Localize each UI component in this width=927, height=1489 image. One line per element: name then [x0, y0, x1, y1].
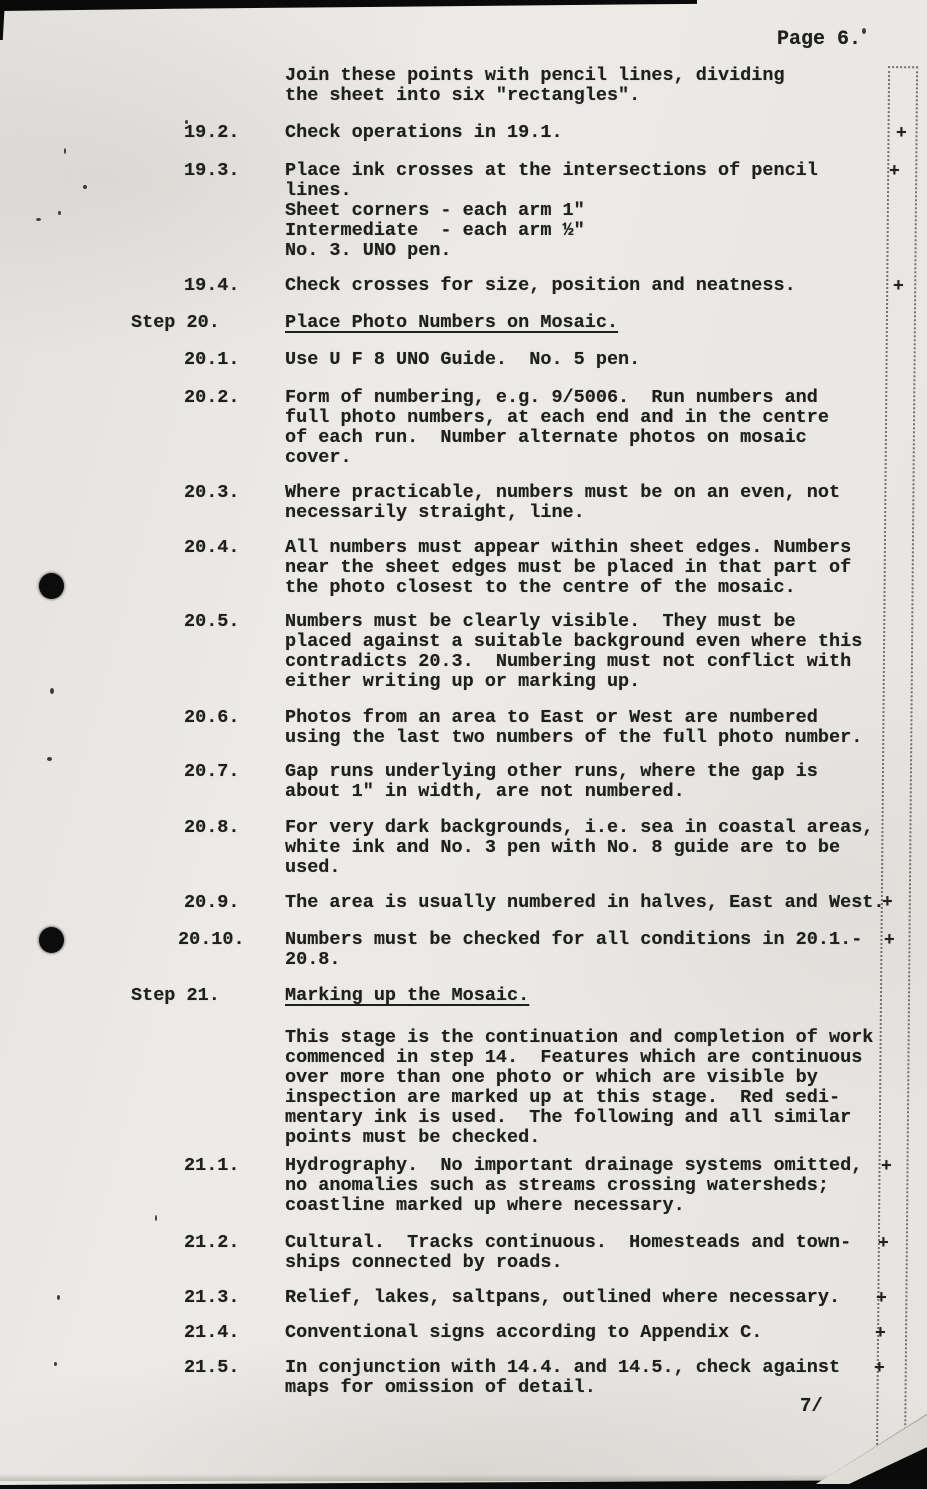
section-text: For very dark backgrounds, i.e. sea in c…	[285, 818, 895, 878]
section-label: 20.1.	[184, 350, 240, 370]
section-label: 20.7.	[184, 762, 240, 782]
scan-speck	[57, 1295, 60, 1300]
section-label: 20.10.	[178, 930, 245, 950]
margin-plus-mark: +	[881, 1157, 892, 1177]
section-text: Check operations in 19.1.	[285, 123, 895, 143]
step-heading: Marking up the Mosaic.	[285, 986, 895, 1006]
section-label: 20.6.	[184, 708, 240, 728]
section-label: 20.4.	[184, 538, 240, 558]
scan-speck	[862, 28, 866, 34]
section-text: The area is usually numbered in halves, …	[285, 893, 895, 913]
section-label: 21.3.	[184, 1288, 240, 1308]
section-text: Cultural. Tracks continuous. Homesteads …	[285, 1233, 895, 1273]
section-label: 20.8.	[184, 818, 240, 838]
margin-plus-mark: +	[893, 277, 904, 297]
scan-speck	[47, 757, 52, 761]
step-label: Step 21.	[131, 986, 220, 1006]
section-text: Where practicable, numbers must be on an…	[285, 483, 895, 523]
scanned-document-page: Page 6. Join these points with pencil li…	[0, 0, 927, 1489]
section-text: Numbers must be checked for all conditio…	[285, 930, 895, 970]
step-label: Step 20.	[131, 313, 220, 333]
section-text: Hydrography. No important drainage syste…	[285, 1156, 895, 1216]
margin-plus-mark: +	[878, 1234, 889, 1254]
section-text: Numbers must be clearly visible. They mu…	[285, 612, 895, 692]
section-text: Conventional signs according to Appendix…	[285, 1323, 895, 1343]
section-label: 19.4.	[184, 276, 240, 296]
margin-plus-mark: +	[884, 931, 895, 951]
section-label: 19.3.	[184, 161, 240, 181]
section-text: Place ink crosses at the intersections o…	[285, 161, 895, 261]
scan-edge-top	[0, 0, 697, 11]
scan-speck	[50, 688, 54, 694]
scan-edge-left	[0, 0, 5, 40]
scan-speck	[64, 148, 66, 154]
section-label: 21.5.	[184, 1358, 240, 1378]
section-text: Photos from an area to East or West are …	[285, 708, 895, 748]
step-heading: Place Photo Numbers on Mosaic.	[285, 313, 895, 333]
section-label: 21.2.	[184, 1233, 240, 1253]
scan-speck	[54, 1362, 57, 1366]
scan-speck	[83, 185, 87, 189]
scan-speck	[185, 120, 188, 124]
section-text: Use U F 8 UNO Guide. No. 5 pen.	[285, 350, 895, 370]
hole-punch-top	[39, 573, 64, 599]
section-text: Form of numbering, e.g. 9/5006. Run numb…	[285, 388, 895, 468]
scan-speck	[36, 218, 41, 221]
hole-punch-bottom	[39, 927, 64, 953]
margin-plus-mark: +	[874, 1359, 885, 1379]
section-label: 20.3.	[184, 483, 240, 503]
margin-plus-mark: +	[896, 124, 907, 144]
section-label: 20.5.	[184, 612, 240, 632]
section-text: In conjunction with 14.4. and 14.5., che…	[285, 1358, 895, 1398]
section-text: Check crosses for size, position and nea…	[285, 276, 895, 296]
corner-fold	[777, 1402, 927, 1484]
section-label: 20.2.	[184, 388, 240, 408]
section-text: Gap runs underlying other runs, where th…	[285, 762, 895, 802]
section-label: 21.1.	[184, 1156, 240, 1176]
scan-speck	[58, 211, 61, 215]
scan-speck	[155, 1215, 157, 1221]
margin-plus-mark: +	[889, 162, 900, 182]
margin-plus-mark: +	[875, 1324, 886, 1344]
section-text: Relief, lakes, saltpans, outlined where …	[285, 1288, 895, 1308]
margin-plus-mark: +	[882, 893, 893, 913]
paragraph-text: This stage is the continuation and compl…	[285, 1028, 895, 1148]
page-number: Page 6.	[777, 30, 861, 50]
section-text: All numbers must appear within sheet edg…	[285, 538, 895, 598]
section-label: 19.2.	[184, 123, 240, 143]
section-label: 20.9.	[184, 893, 240, 913]
margin-plus-mark: +	[876, 1289, 887, 1309]
paragraph-text: Join these points with pencil lines, div…	[285, 66, 895, 106]
section-label: 21.4.	[184, 1323, 240, 1343]
